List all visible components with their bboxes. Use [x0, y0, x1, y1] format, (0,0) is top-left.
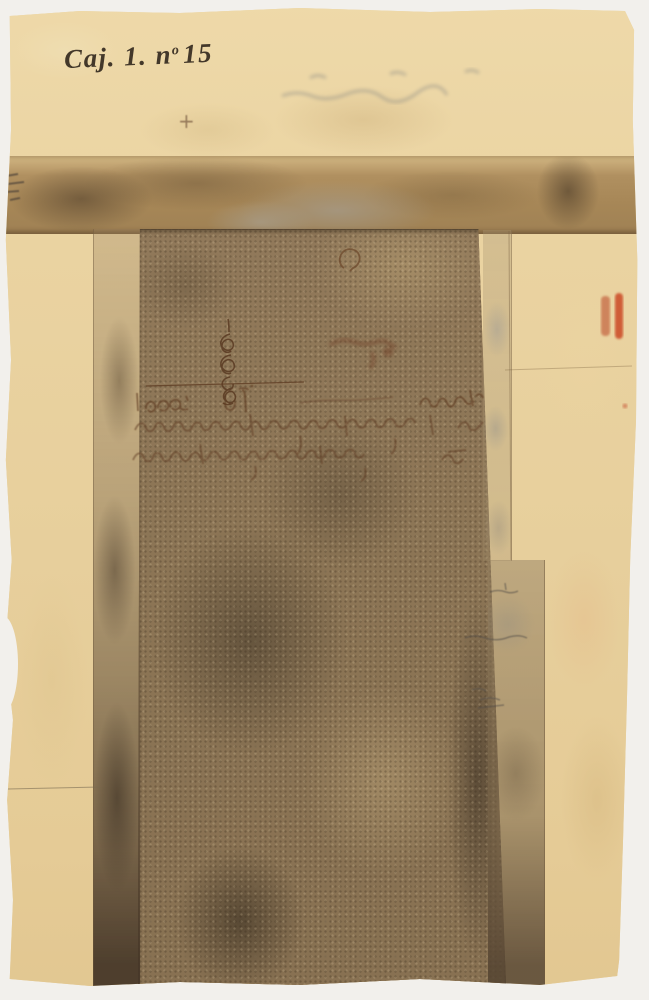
shelfmark-main: Caj. 1. n — [63, 39, 172, 74]
ring-mark — [340, 249, 360, 271]
cross-mark: + — [178, 109, 195, 133]
script-line-1 — [137, 385, 483, 412]
shelfmark-superscript: o — [172, 43, 180, 58]
pen-doodle — [221, 319, 236, 405]
red-pigment-marks — [601, 293, 639, 623]
scanned-document: + — [0, 0, 649, 1000]
parchment-sheet: + — [0, 0, 649, 1000]
pencil-line — [8, 787, 100, 789]
fold-strip-fragments — [465, 583, 527, 708]
shelfmark-number: 15 — [182, 38, 213, 69]
show-through-writing — [282, 70, 479, 101]
band-edge-marks — [6, 174, 24, 200]
fold-creases — [8, 231, 632, 789]
ruled-line — [146, 382, 304, 386]
script-line-2 — [135, 414, 483, 454]
ink-marks-overlay: + — [0, 0, 649, 1000]
faded-rubric-word — [330, 340, 396, 368]
